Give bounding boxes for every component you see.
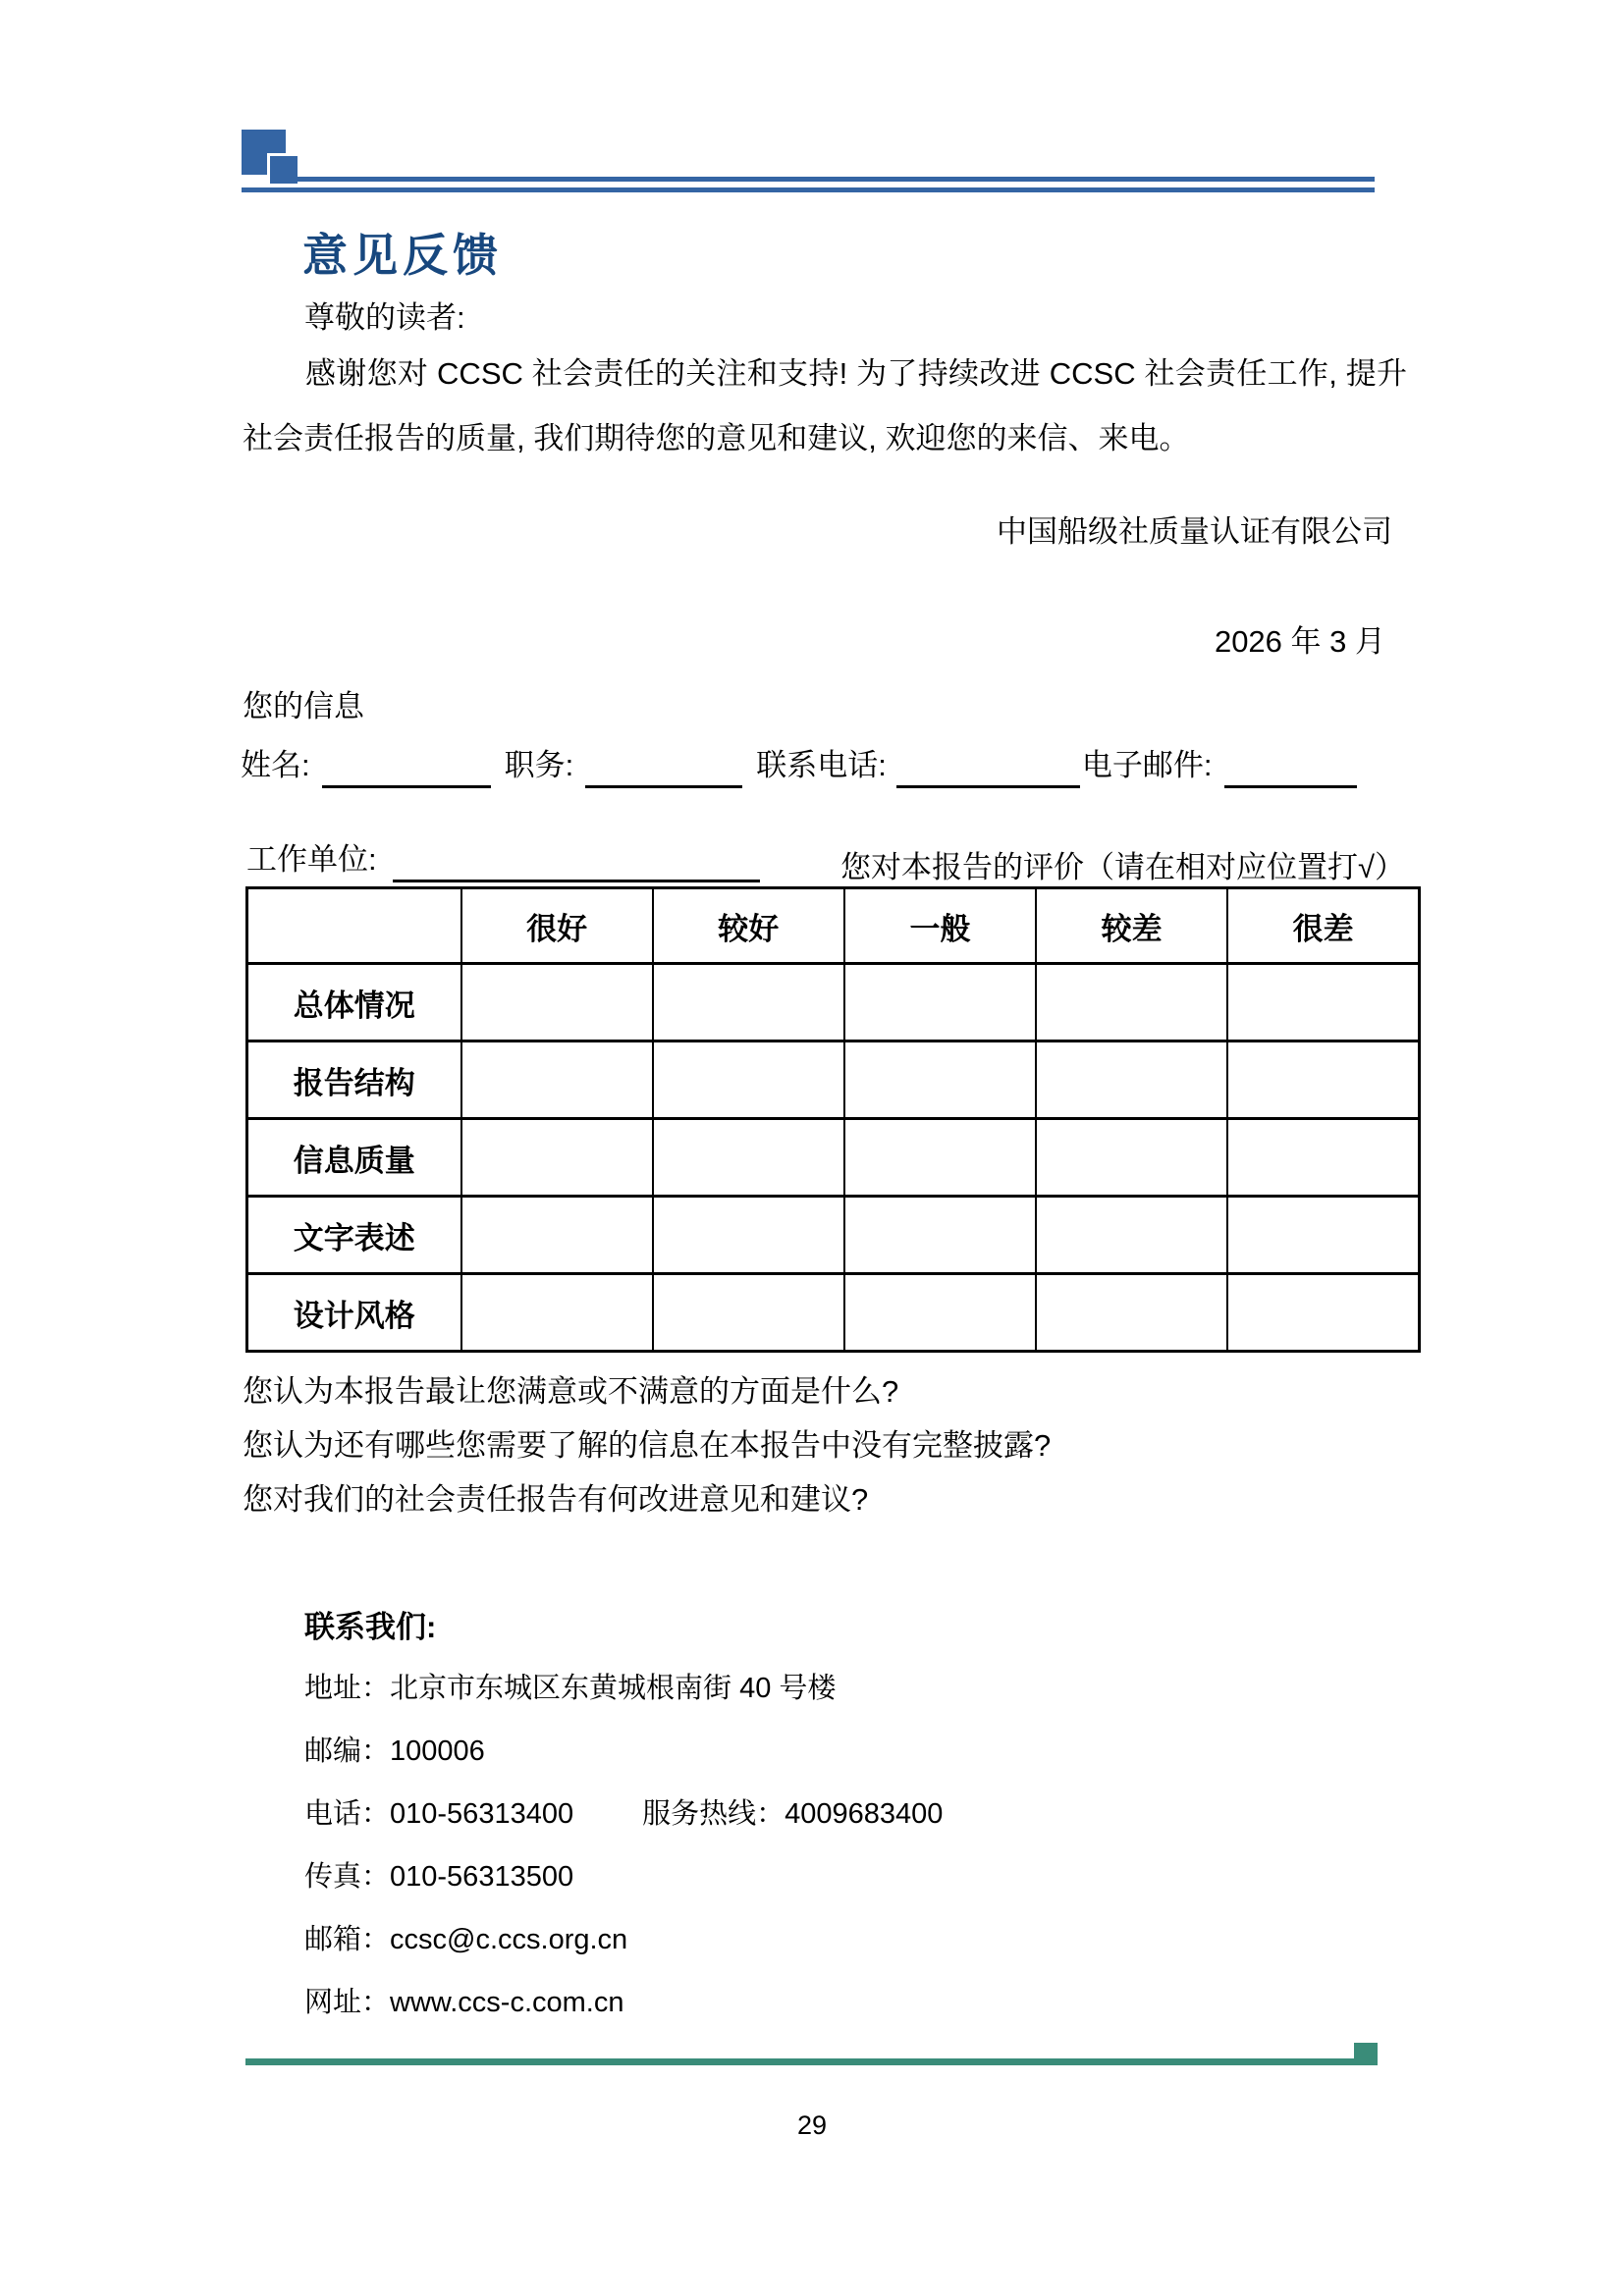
contact-list: 地址：北京市东城区东黄城根南街 40 号楼 邮编：100006 电话：010-5…	[304, 1657, 943, 2034]
email-value: ccsc@c.ccs.org.cn	[390, 1924, 627, 1955]
phone-blank	[896, 742, 1080, 788]
hotline-value: 4009683400	[785, 1798, 943, 1830]
email-label: 邮箱：	[304, 1924, 390, 1955]
rating-cell	[1227, 1041, 1419, 1119]
workunit-line: 工作单位:	[246, 836, 760, 882]
rating-row-label: 报告结构	[247, 1041, 461, 1119]
rating-column-header: 很差	[1227, 888, 1419, 964]
header-deco-square-small	[267, 153, 300, 187]
page-title: 意见反馈	[302, 220, 503, 285]
rating-cell	[844, 1041, 1036, 1119]
evaluation-prompt: 您对本报告的评价（请在相对应位置打√）	[840, 842, 1405, 886]
rating-cell	[844, 1197, 1036, 1274]
contact-email-line: 邮箱：ccsc@c.ccs.org.cn	[304, 1908, 943, 1971]
rating-row-label: 总体情况	[247, 964, 461, 1041]
rating-cell	[844, 1274, 1036, 1352]
workunit-blank	[393, 836, 760, 882]
website-label: 网址：	[304, 1987, 390, 2018]
name-label: 姓名:	[241, 748, 310, 782]
hotline-label: 服务热线：	[642, 1798, 785, 1830]
section-title-your-info: 您的信息	[243, 681, 364, 725]
rating-cell	[1227, 1197, 1419, 1274]
rating-table-row: 报告结构	[247, 1041, 1420, 1119]
question-line: 您对我们的社会责任报告有何改进意见和建议?	[243, 1472, 1051, 1526]
rating-table-row: 文字表述	[247, 1197, 1420, 1274]
address-value: 北京市东城区东黄城根南街 40 号楼	[390, 1673, 836, 1704]
rating-cell	[1227, 1274, 1419, 1352]
rating-table-row: 设计风格	[247, 1274, 1420, 1352]
footer-deco-square	[1354, 2043, 1378, 2065]
rating-table-header-row: 很好 较好 一般 较差 很差	[247, 888, 1420, 964]
position-label: 职务:	[505, 748, 574, 782]
contact-heading: 联系我们:	[304, 1602, 436, 1646]
contact-postcode-line: 邮编：100006	[304, 1720, 943, 1783]
contact-phone-line: 电话：010-56313400服务热线：4009683400	[304, 1783, 943, 1845]
address-label: 地址：	[304, 1673, 390, 1704]
rating-cell	[653, 1119, 844, 1197]
rating-row-label: 信息质量	[247, 1119, 461, 1197]
contact-website-line: 网址：www.ccs-c.com.cn	[304, 1971, 943, 2034]
rating-cell	[653, 1041, 844, 1119]
rating-column-header: 较差	[1036, 888, 1227, 964]
rating-cell	[461, 1197, 653, 1274]
document-page: 意见反馈 尊敬的读者: 感谢您对 CCSC 社会责任的关注和支持! 为了持续改进…	[0, 0, 1624, 2296]
open-questions: 您认为本报告最让您满意或不满意的方面是什么? 您认为还有哪些您需要了解的信息在本…	[243, 1364, 1051, 1526]
phone-value: 010-56313400	[390, 1798, 573, 1830]
letter-body: 感谢您对 CCSC 社会责任的关注和支持! 为了持续改进 CCSC 社会责任工作…	[243, 342, 1407, 471]
rating-cell	[1036, 1274, 1227, 1352]
rating-cell	[461, 1041, 653, 1119]
page-number: 29	[0, 2110, 1624, 2141]
info-fields-line: 姓名:职务:联系电话:电子邮件:	[241, 742, 1429, 788]
position-blank	[585, 742, 742, 788]
name-blank	[322, 742, 491, 788]
footer-rule	[245, 2058, 1378, 2065]
header-rule-bottom	[242, 187, 1375, 192]
email-label: 电子邮件:	[1082, 748, 1213, 782]
rating-cell	[1036, 1041, 1227, 1119]
question-line: 您认为还有哪些您需要了解的信息在本报告中没有完整披露?	[243, 1418, 1051, 1472]
salutation: 尊敬的读者:	[304, 293, 465, 337]
rating-cell	[1227, 1119, 1419, 1197]
website-value: www.ccs-c.com.cn	[390, 1987, 623, 2018]
rating-cell	[1227, 964, 1419, 1041]
rating-cell	[461, 964, 653, 1041]
rating-corner-cell	[247, 888, 461, 964]
rating-cell	[844, 964, 1036, 1041]
postcode-label: 邮编：	[304, 1735, 390, 1767]
phone-label: 联系电话:	[756, 748, 887, 782]
email-blank	[1224, 742, 1357, 788]
rating-row-label: 文字表述	[247, 1197, 461, 1274]
rating-cell	[461, 1119, 653, 1197]
workunit-label: 工作单位:	[246, 842, 377, 877]
rating-cell	[653, 964, 844, 1041]
rating-cell	[844, 1119, 1036, 1197]
rating-cell	[1036, 1119, 1227, 1197]
rating-column-header: 较好	[653, 888, 844, 964]
letter-date: 2026 年 3 月	[1215, 616, 1385, 661]
header-rule-top	[297, 177, 1375, 182]
rating-cell	[1036, 1197, 1227, 1274]
contact-fax-line: 传真：010-56313500	[304, 1845, 943, 1908]
rating-column-header: 一般	[844, 888, 1036, 964]
question-line: 您认为本报告最让您满意或不满意的方面是什么?	[243, 1364, 1051, 1418]
contact-address-line: 地址：北京市东城区东黄城根南街 40 号楼	[304, 1657, 943, 1720]
fax-label: 传真：	[304, 1861, 390, 1893]
fax-value: 010-56313500	[390, 1861, 573, 1893]
rating-cell	[653, 1197, 844, 1274]
postcode-value: 100006	[390, 1735, 485, 1767]
rating-column-header: 很好	[461, 888, 653, 964]
rating-cell	[1036, 964, 1227, 1041]
rating-table: 很好 较好 一般 较差 很差 总体情况 报告结构 信息质量 文字表述 设计风格	[245, 886, 1421, 1353]
phone-label: 电话：	[304, 1798, 390, 1830]
letter-signature: 中国船级社质量认证有限公司	[997, 507, 1392, 551]
rating-cell	[653, 1274, 844, 1352]
rating-cell	[461, 1274, 653, 1352]
rating-table-row: 总体情况	[247, 964, 1420, 1041]
rating-row-label: 设计风格	[247, 1274, 461, 1352]
rating-table-row: 信息质量	[247, 1119, 1420, 1197]
